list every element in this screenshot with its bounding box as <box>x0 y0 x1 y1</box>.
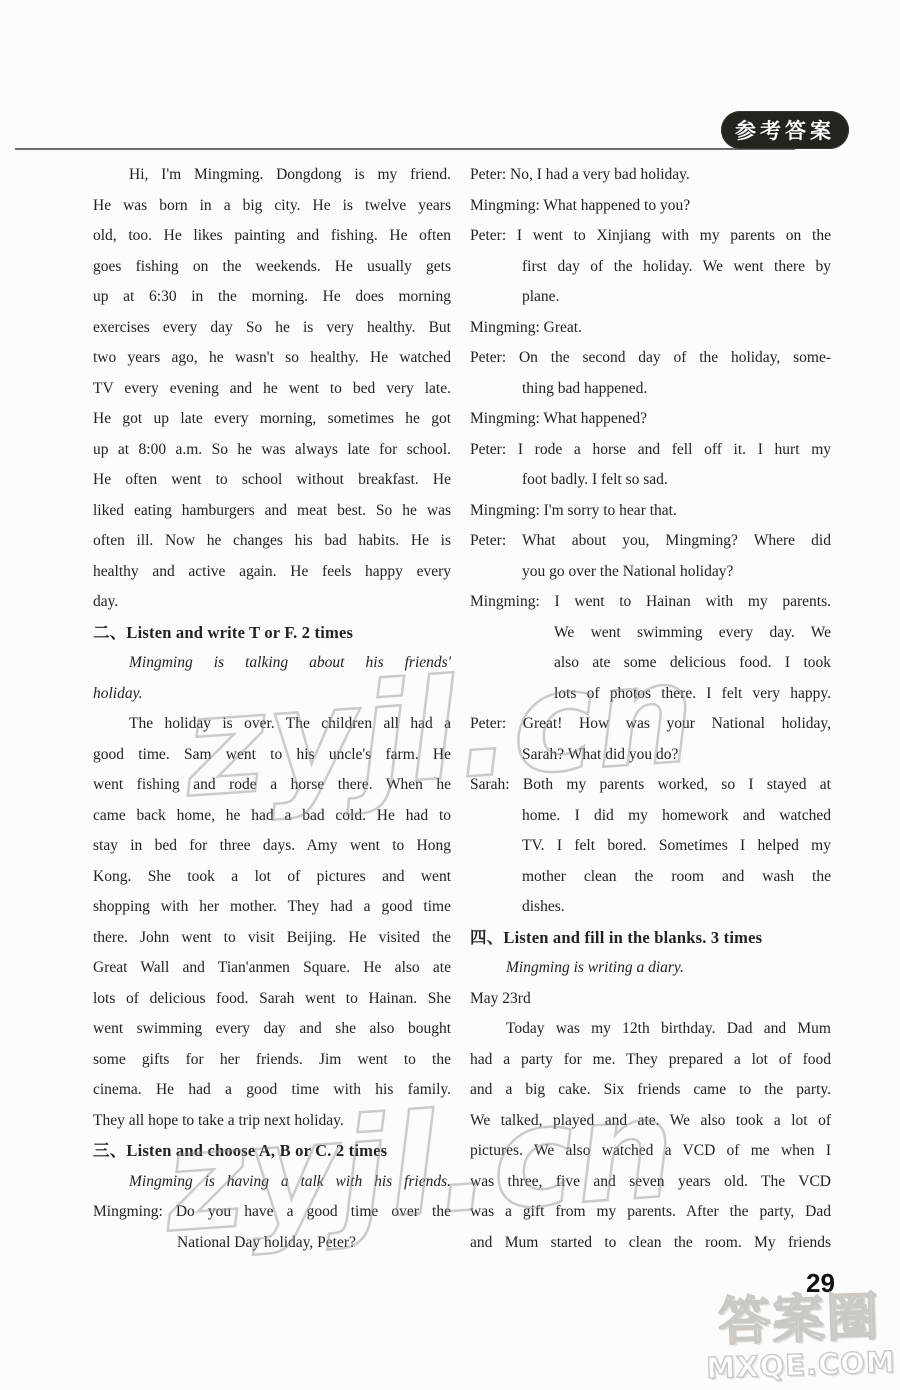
paragraph: Peter: I went to Xinjiang with my parent… <box>470 221 831 313</box>
text-line: Mingming: What happened? <box>470 404 831 435</box>
text-line: Today was my 12th birthday. Dad and Mum <box>470 1014 831 1045</box>
text-line: shopping with her mother. They had a goo… <box>93 892 451 923</box>
text-line: 四、Listen and fill in the blanks. 3 times <box>470 923 831 954</box>
paragraph: Peter: What about you, Mingming? Where d… <box>470 526 831 587</box>
paragraph: The holiday is over. The children all ha… <box>93 709 451 1136</box>
text-line: some gifts for her friends. Jim went to … <box>93 1045 451 1076</box>
paragraph: May 23rd <box>470 984 831 1015</box>
paragraph: Peter: Great! How was your National holi… <box>470 709 831 770</box>
text-line: Mingming: What happened to you? <box>470 191 831 222</box>
text-line: May 23rd <box>470 984 831 1015</box>
paragraph: Peter: I rode a horse and fell off it. I… <box>470 435 831 496</box>
text-line: Peter: What about you, Mingming? Where d… <box>470 526 831 557</box>
text-line: He was born in a big city. He is twelve … <box>93 191 451 222</box>
page-number: 29 <box>806 1268 835 1299</box>
text-line: pictures. We also watched a VCD of me wh… <box>470 1136 831 1167</box>
header-rule <box>15 148 795 150</box>
text-line: good time. Sam went to his uncle's farm.… <box>93 740 451 771</box>
text-line: was three, five and seven years old. The… <box>470 1167 831 1198</box>
text-line: mother clean the room and wash the <box>470 862 831 893</box>
text-line: lots of delicious food. Sarah went to Ha… <box>93 984 451 1015</box>
text-line: home. I did my homework and watched <box>470 801 831 832</box>
corner-logo-cn-text: 答案圈 <box>698 1289 900 1352</box>
text-line: old, too. He likes painting and fishing.… <box>93 221 451 252</box>
corner-logo-site-text: MXQE.COM <box>700 1345 900 1386</box>
text-line: Mingming is writing a diary. <box>470 953 831 984</box>
paragraph: Mingming is talking about his friends'ho… <box>93 648 451 709</box>
text-line: up at 6:30 in the morning. He does morni… <box>93 282 451 313</box>
text-line: healthy and active again. He feels happy… <box>93 557 451 588</box>
text-line: two years ago, he wasn't so healthy. He … <box>93 343 451 374</box>
reference-answers-badge: 参考答案 <box>721 111 849 149</box>
text-line: Mingming: I'm sorry to hear that. <box>470 496 831 527</box>
text-line: often ill. Now he changes his bad habits… <box>93 526 451 557</box>
text-line: holiday. <box>93 679 451 710</box>
text-line: Great Wall and Tian'anmen Square. He als… <box>93 953 451 984</box>
text-line: They all hope to take a trip next holida… <box>93 1106 451 1137</box>
text-line: Mingming: Great. <box>470 313 831 344</box>
paragraph: Mingming is writing a diary. <box>470 953 831 984</box>
text-line: goes fishing on the weekends. He usually… <box>93 252 451 283</box>
text-line: Peter: On the second day of the holiday,… <box>470 343 831 374</box>
text-line: We went swimming every day. We <box>470 618 831 649</box>
text-line: plane. <box>470 282 831 313</box>
text-line: TV. I felt bored. Sometimes I helped my <box>470 831 831 862</box>
text-line: there. John went to visit Beijing. He vi… <box>93 923 451 954</box>
text-line: Mingming is having a talk with his frien… <box>93 1167 451 1198</box>
text-line: 三、Listen and choose A, B or C. 2 times <box>93 1136 451 1167</box>
paragraph: Peter: On the second day of the holiday,… <box>470 343 831 404</box>
text-line: Sarah: Both my parents worked, so I stay… <box>470 770 831 801</box>
corner-logo: 答案圈 MXQE.COM <box>698 1289 900 1386</box>
text-line: was a gift from my parents. After the pa… <box>470 1197 831 1228</box>
paragraph: Mingming: I'm sorry to hear that. <box>470 496 831 527</box>
text-line: Mingming: Do you have a good time over t… <box>93 1197 451 1228</box>
right-column: Peter: No, I had a very bad holiday.Ming… <box>470 160 831 1258</box>
text-line: dishes. <box>470 892 831 923</box>
text-line: and Mum started to clean the room. My fr… <box>470 1228 831 1259</box>
text-line: He often went to school without breakfas… <box>93 465 451 496</box>
paragraph: Mingming: What happened to you? <box>470 191 831 222</box>
text-line: thing bad happened. <box>470 374 831 405</box>
text-line: you go over the National holiday? <box>470 557 831 588</box>
text-line: Mingming: I went to Hainan with my paren… <box>470 587 831 618</box>
paragraph: Mingming: I went to Hainan with my paren… <box>470 587 831 709</box>
text-line: stay in bed for three days. Amy went to … <box>93 831 451 862</box>
paragraph: Mingming: What happened? <box>470 404 831 435</box>
text-line: Peter: No, I had a very bad holiday. <box>470 160 831 191</box>
text-line: We talked, played and ate. We also took … <box>470 1106 831 1137</box>
paragraph: Mingming is having a talk with his frien… <box>93 1167 451 1198</box>
text-line: Sarah? What did you do? <box>470 740 831 771</box>
paragraph: Peter: No, I had a very bad holiday. <box>470 160 831 191</box>
left-column: Hi, I'm Mingming. Dongdong is my friend.… <box>93 160 451 1258</box>
text-line: TV every evening and he went to bed very… <box>93 374 451 405</box>
text-line: The holiday is over. The children all ha… <box>93 709 451 740</box>
text-line: day. <box>93 587 451 618</box>
text-line: Mingming is talking about his friends' <box>93 648 451 679</box>
text-line: Peter: I went to Xinjiang with my parent… <box>470 221 831 252</box>
text-line: went fishing and rode a horse there. Whe… <box>93 770 451 801</box>
text-line: Peter: Great! How was your National holi… <box>470 709 831 740</box>
paragraph: Today was my 12th birthday. Dad and Mumh… <box>470 1014 831 1258</box>
section-heading: 二、Listen and write T or F. 2 times <box>93 618 451 649</box>
text-line: He got up late every morning, sometimes … <box>93 404 451 435</box>
text-line: first day of the holiday. We went there … <box>470 252 831 283</box>
reference-answers-badge-label: 参考答案 <box>735 115 835 145</box>
section-heading: 三、Listen and choose A, B or C. 2 times <box>93 1136 451 1167</box>
text-line: exercises every day So he is very health… <box>93 313 451 344</box>
text-line: and a big cake. Six friends came to the … <box>470 1075 831 1106</box>
text-line: cinema. He had a good time with his fami… <box>93 1075 451 1106</box>
text-line: went swimming every day and she also bou… <box>93 1014 451 1045</box>
paragraph: Sarah: Both my parents worked, so I stay… <box>470 770 831 923</box>
paragraph: Mingming: Great. <box>470 313 831 344</box>
paragraph: Mingming: Do you have a good time over t… <box>93 1197 451 1258</box>
text-line: Peter: I rode a horse and fell off it. I… <box>470 435 831 466</box>
text-line: had a party for me. They prepared a lot … <box>470 1045 831 1076</box>
text-line: Kong. She took a lot of pictures and wen… <box>93 862 451 893</box>
paragraph: Hi, I'm Mingming. Dongdong is my friend.… <box>93 160 451 618</box>
text-line: Hi, I'm Mingming. Dongdong is my friend. <box>93 160 451 191</box>
text-line: liked eating hamburgers and meat best. S… <box>93 496 451 527</box>
text-line: came back home, he had a bad cold. He ha… <box>93 801 451 832</box>
text-line: lots of photos there. I felt very happy. <box>470 679 831 710</box>
text-line: National Day holiday, Peter? <box>93 1228 451 1259</box>
text-line: 二、Listen and write T or F. 2 times <box>93 618 451 649</box>
text-line: also ate some delicious food. I took <box>470 648 831 679</box>
text-line: up at 8:00 a.m. So he was always late fo… <box>93 435 451 466</box>
text-line: foot badly. I felt so sad. <box>470 465 831 496</box>
section-heading: 四、Listen and fill in the blanks. 3 times <box>470 923 831 954</box>
